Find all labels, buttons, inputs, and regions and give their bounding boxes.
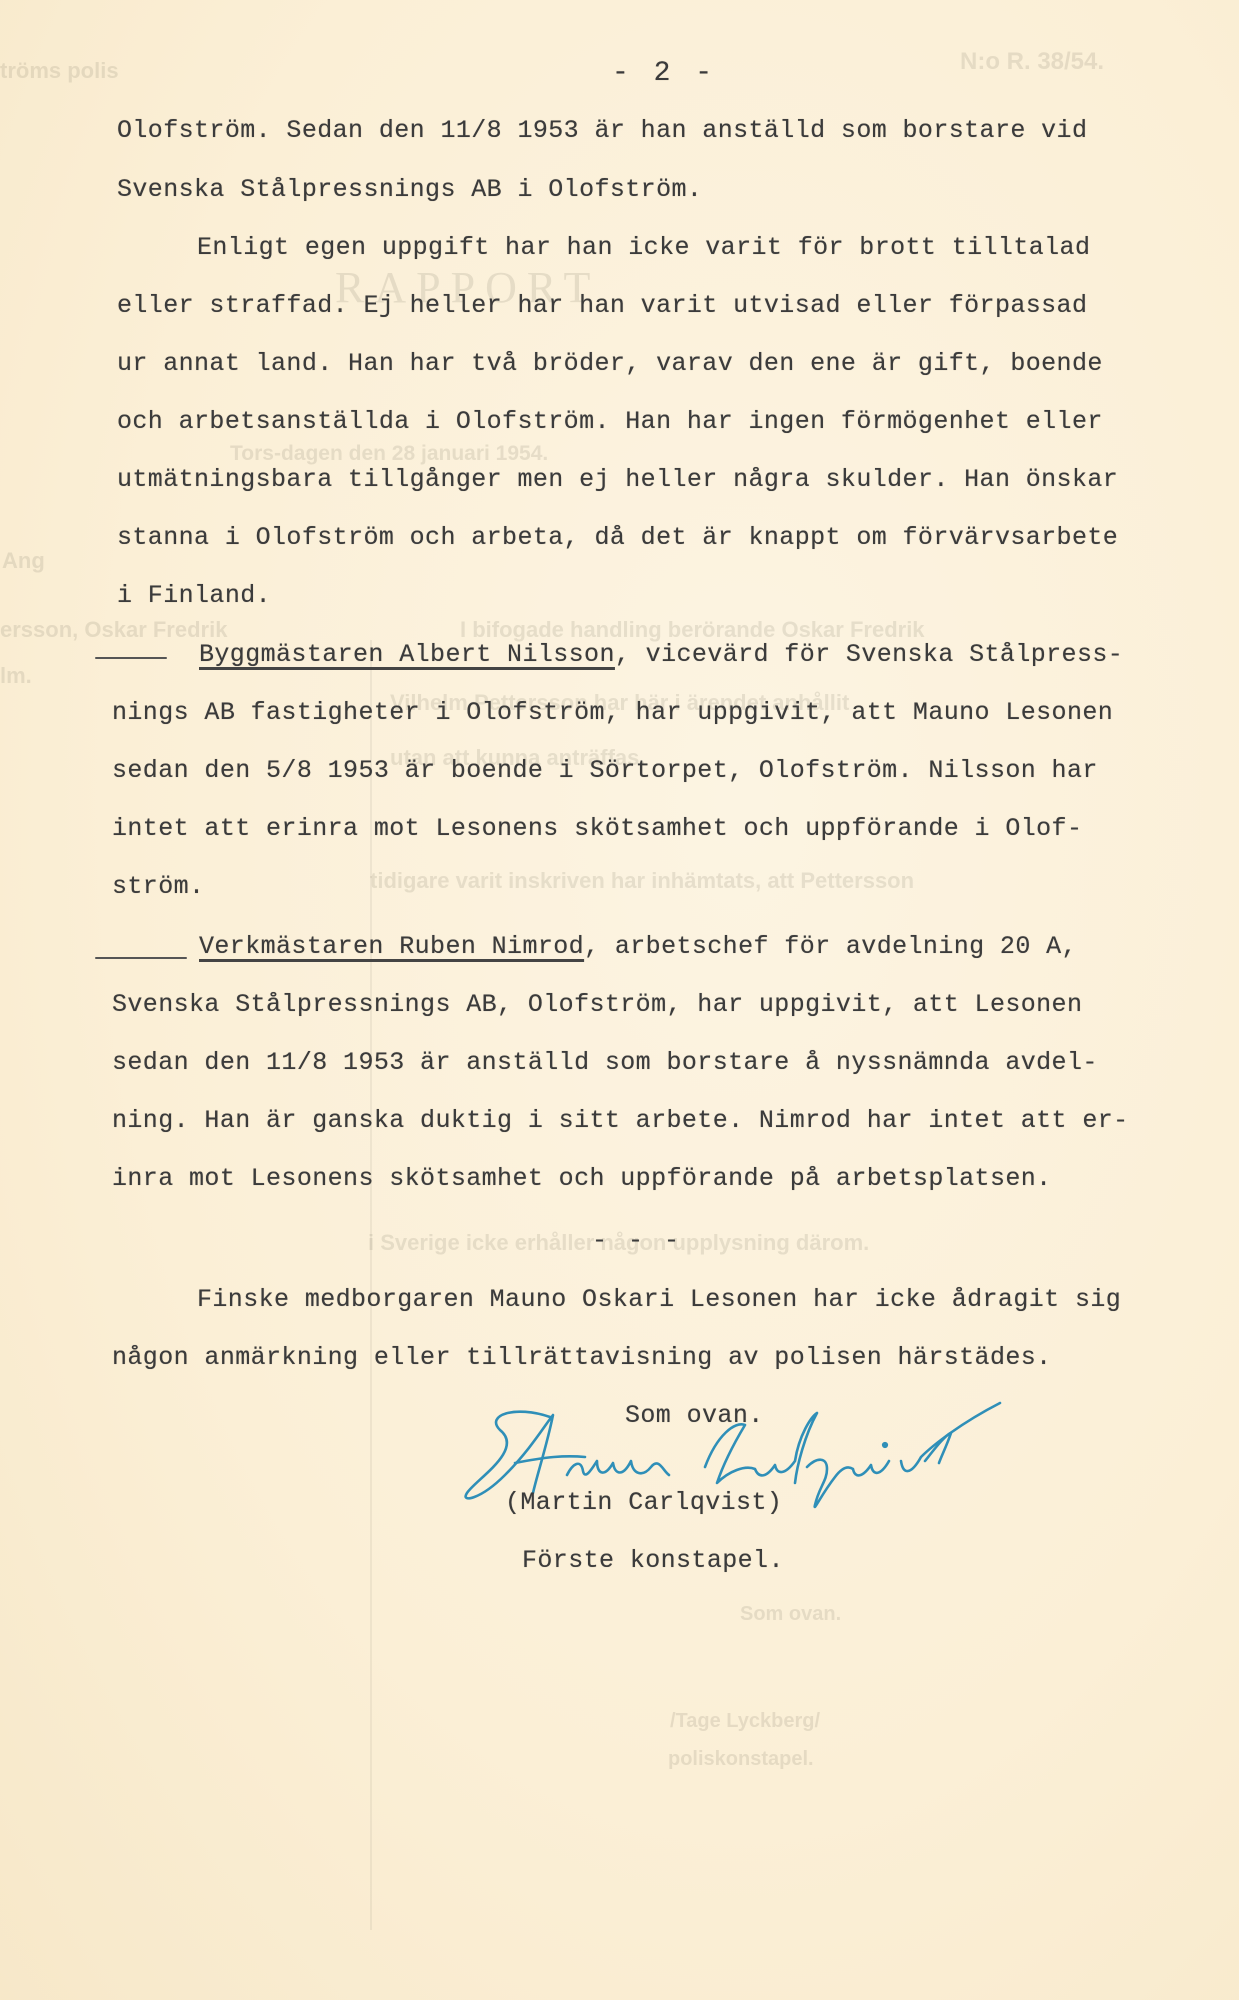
bleed-date-line: Tors-dagen den 28 januari 1954.	[230, 442, 548, 466]
p3-line-5: ström.	[112, 872, 204, 901]
bleed-left-margin-2: ersson, Oskar Fredrik	[0, 617, 227, 643]
page-number: - 2 -	[612, 58, 716, 89]
bleed-header-left: tröms polis	[0, 58, 119, 84]
document-page: tröms polis N:o R. 38/54. RAPPORT Tors-d…	[0, 0, 1239, 2000]
p1-line-1: Olofström. Sedan den 11/8 1953 är han an…	[117, 116, 1087, 145]
p4-line-2: Svenska Stålpressnings AB, Olofström, ha…	[112, 990, 1082, 1019]
witness-name-nilsson: Byggmästaren Albert Nilsson	[199, 640, 615, 669]
signature-title: Förste konstapel.	[522, 1546, 784, 1575]
p2-line-6: stanna i Olofström och arbeta, då det är…	[117, 523, 1118, 552]
p2-line-2: eller straffad. Ej heller har han varit …	[117, 291, 1087, 320]
p2-line-4: och arbetsanställda i Olofström. Han har…	[117, 407, 1103, 436]
p2-line-7: i Finland.	[117, 581, 271, 610]
bleed-line-4: tidigare varit inskriven har inhämtats, …	[370, 868, 914, 894]
margin-pen-mark	[95, 657, 167, 659]
bleed-som-ovan: Som ovan.	[740, 1603, 841, 1626]
p2-line-3: ur annat land. Han har två bröder, varav…	[117, 349, 1103, 378]
witness-name-nimrod: Verkmästaren Ruben Nimrod	[199, 932, 584, 961]
p4-line-3: sedan den 11/8 1953 är anställd som bors…	[112, 1048, 1098, 1077]
bleed-signature-name: /Tage Lyckberg/	[670, 1710, 820, 1733]
p4-line-1: Verkmästaren Ruben Nimrod, arbetschef fö…	[199, 932, 1077, 961]
bleed-left-margin-3: lm.	[0, 663, 32, 689]
p4-line-1-rest: , arbetschef för avdelning 20 A,	[584, 932, 1077, 961]
margin-pen-mark-2	[95, 957, 187, 959]
p3-line-2: nings AB fastigheter i Olofström, har up…	[112, 698, 1113, 727]
bleed-left-margin-1: Ang	[2, 548, 45, 574]
bleed-header-right: N:o R. 38/54.	[960, 48, 1104, 76]
p3-line-1-rest: , vicevärd för Svenska Stålpress-	[615, 640, 1123, 669]
p3-line-3: sedan den 5/8 1953 är boende i Sörtorpet…	[112, 756, 1098, 785]
p4-line-5: inra mot Lesonens skötsamhet och uppföra…	[112, 1164, 1052, 1193]
p2-line-5: utmätningsbara tillgånger men ej heller …	[117, 465, 1118, 494]
p1-line-2: Svenska Stålpressnings AB i Olofström.	[117, 175, 702, 204]
conclusion-line-2: någon anmärkning eller tillrättavisning …	[112, 1343, 1052, 1372]
p2-line-1: Enligt egen uppgift har han icke varit f…	[197, 233, 1090, 262]
p4-line-4: ning. Han är ganska duktig i sitt arbete…	[112, 1106, 1129, 1135]
bleed-signature-title: poliskonstapel.	[668, 1748, 814, 1771]
separator: - - -	[592, 1226, 682, 1255]
p3-line-1: Byggmästaren Albert Nilsson, vicevärd fö…	[199, 640, 1123, 669]
conclusion-line-1: Finske medborgaren Mauno Oskari Lesonen …	[197, 1285, 1121, 1314]
p3-line-4: intet att erinra mot Lesonens skötsamhet…	[112, 814, 1082, 843]
signature-name: (Martin Carlqvist)	[505, 1488, 782, 1517]
